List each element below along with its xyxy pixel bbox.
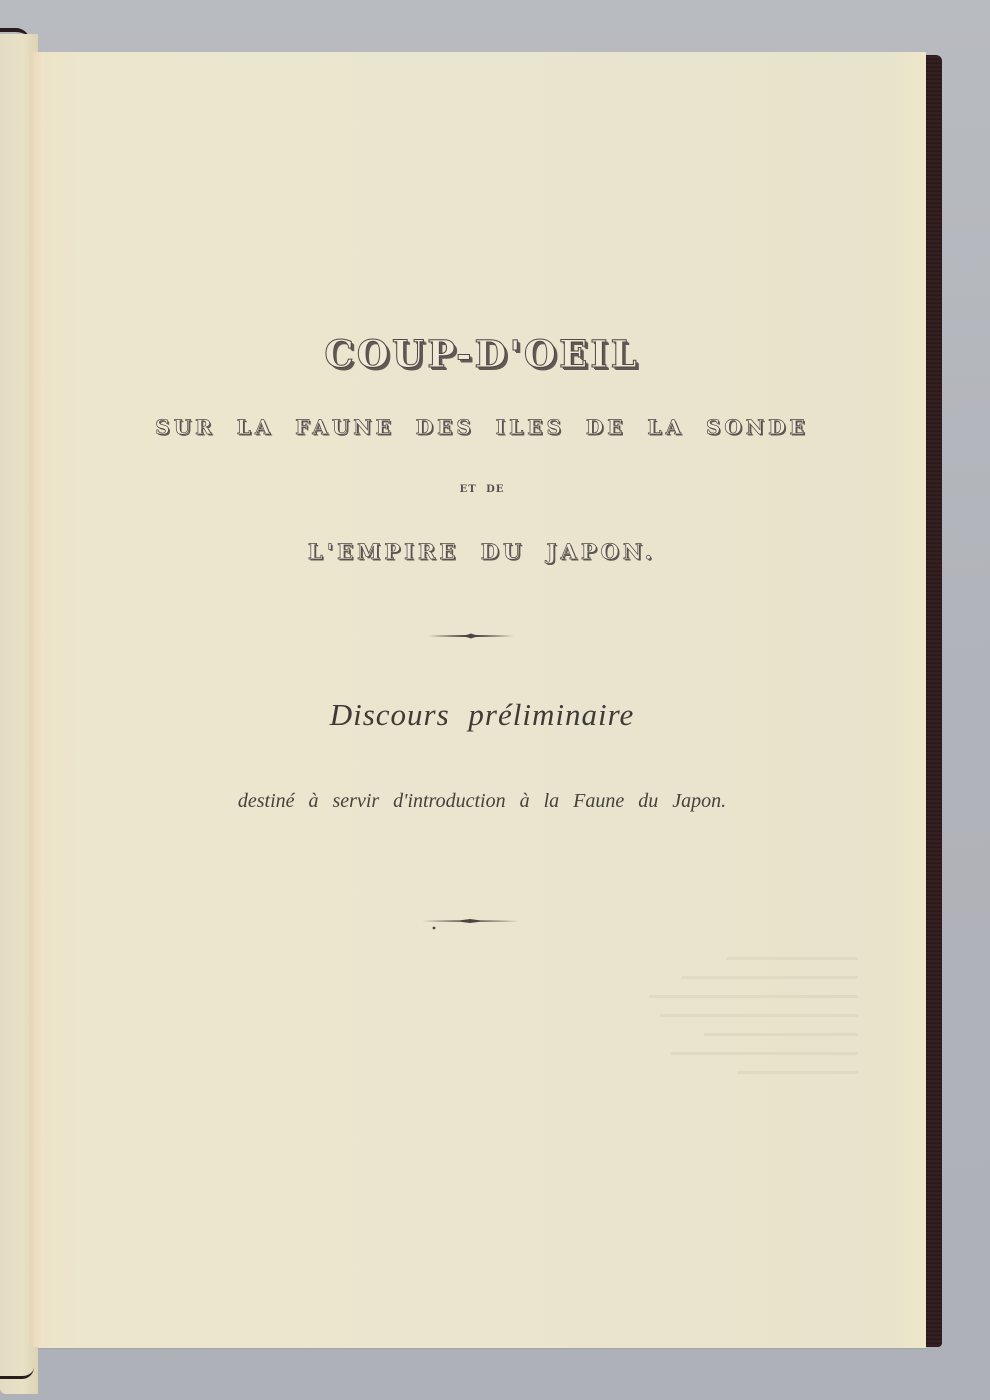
show-through-text xyxy=(638,957,858,1117)
page-subtitle: SUR LA FAUNE DES ILES DE LA SONDE xyxy=(38,415,926,439)
book-binding xyxy=(926,55,942,1347)
page-title: COUP-D'OEIL xyxy=(38,332,926,376)
page-subtitle-2: L'EMPIRE DU JAPON. xyxy=(38,539,926,564)
conjunction-text: ET DE xyxy=(38,484,926,495)
page-gutter xyxy=(30,52,44,1347)
script-subheading: destiné à servir d'introduction à la Fau… xyxy=(38,790,926,813)
title-page-content: COUP-D'OEIL SUR LA FAUNE DES ILES DE LA … xyxy=(38,52,926,1348)
ornamental-rule-icon xyxy=(420,917,520,920)
recto-page: COUP-D'OEIL SUR LA FAUNE DES ILES DE LA … xyxy=(38,52,926,1348)
script-heading: Discours préliminaire xyxy=(38,697,926,733)
ornamental-rule-icon xyxy=(426,632,516,635)
